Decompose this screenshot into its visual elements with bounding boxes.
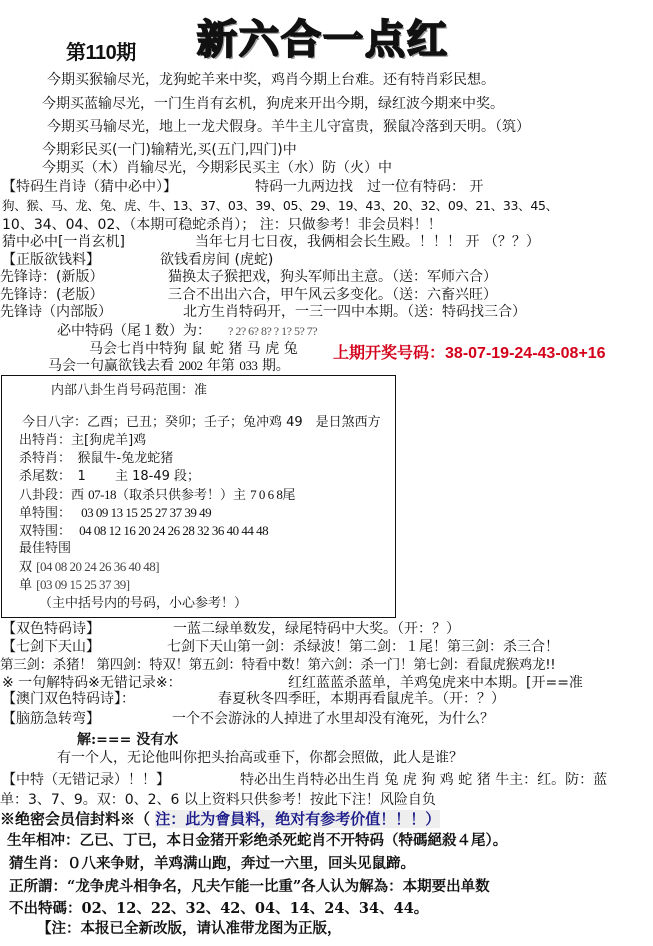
member-footer: 【注：本报已全新改版，请认准带龙图为正版， [37,920,342,938]
bagua-shawei-main: 主 18-49 段； [115,468,200,485]
best-even-label: 双 [19,560,32,575]
bagua-chu: 出特肖：主[狗虎羊]鸡 [19,432,146,449]
mahui-text: 年第 [207,358,235,374]
mahui-year: 2002 [178,358,202,373]
odd-range: 单特围： 03 09 13 15 25 27 37 39 49 [19,504,211,522]
section-text: 第三剑：杀猪！ 第四剑：特双！第五剑：特看中数！第六剑：杀一门！第七剑：看鼠虎猴… [0,656,555,674]
section-text: 一个不会游泳的人掉进了水里却没有淹死，为什么？ [172,710,494,728]
odd-values: 03 09 13 15 25 27 37 39 49 [81,505,211,520]
poem-text: 特码一九两边找 过一位有特码： 开 [255,178,483,196]
pioneer-text: 三合不出出六合，甲午风云多变化。（送：六畜兴旺） [168,286,497,304]
member-line: 不出特碼：02、12、22、32、42、04、14、24、34、44。 [9,900,428,918]
poem-label: 【特码生肖诗（猜中必中）】 [2,178,177,196]
issue-number: 第110期 [66,36,136,65]
intro-line: 今期买（木）肖输尽光，今期彩民买主（水）防（火）中 [42,159,392,177]
member-line: 猜生肖：０八来争财，羊鸡满山跑，奔过一六里，回头见鼠蹄。 [9,855,415,873]
pioneer-text: 北方生肖特码开，一三一四中本期。（送：特码找三合） [183,303,526,321]
member-label: ※绝密会员信封料※（ [0,810,150,828]
section-label: 【澳门双色特码诗】： [2,690,135,708]
best-odd: 单 [03 09 15 25 37 39] [19,576,130,594]
bagua-label: 八卦段：西 [19,488,84,503]
even-range: 双特围： 04 08 12 16 20 24 26 28 32 36 40 44… [19,522,268,540]
best-even: 双 [04 08 20 24 26 36 40 48] [19,558,159,576]
member-line: 生年相冲：乙已、丁已，本日金猪开彩绝杀死蛇肖不开特码（特碼絕殺４尾）。 [7,832,507,850]
bagua-tail: 7 0 6 8 [250,487,282,502]
last-draw: 上期开奖号码：38-07-19-24-43-08+16 [333,345,606,363]
last-draw-numbers: 38-07-19-24-43-08+16 [445,345,606,362]
yixiao-text: 当年七月七日夜，我俩相会长生殿。！！！ 开 （？？） [195,233,540,251]
bagua-end: 尾 [282,488,295,503]
pioneer-label: 先锋诗：(新版） [0,268,103,286]
intro-line: 今期买马输尽光，地上一龙犬假身。羊牛主儿守富贵，猴鼠冷落到天明。（筑） [47,118,530,136]
tail-label: 必中特码（尾１数）为： [57,322,211,340]
member-note: 注：此为會員料，绝对有参考价值！！！） [155,810,440,828]
last-draw-label: 上期开奖号码： [333,345,445,362]
zhongte-label: 【中特（无错记录）！！】 [2,771,170,789]
best-odd-values: [03 09 15 25 37 39] [36,577,129,592]
tail-values: ? 2? 6? 8? ? 1? 5? 7? [228,322,317,340]
intro-line: 今期彩民买(一门)输精光,买(五门,四门)中 [42,141,297,159]
poem-line3: 10、34、04、02、（本期可稳蛇杀肖）； 注：只做参考！非会员料！！ [2,216,442,234]
odd-label: 单特围： [19,506,71,521]
pioneer-label: 先锋诗（内部版） [0,303,112,321]
mahui-sentence: 马会一句赢欲钱去看 2002 年第 033 期。 [48,357,290,375]
bagua-bazi: 今日八字：乙酉；已丑；癸卯；壬子；兔冲鸡 49 是日煞西方 [22,414,381,431]
member-section: ※绝密会员信封料※（ 注：此为會員料，绝对有参考价值！！！） [0,810,440,828]
bagua-segment: 八卦段：西 07-18（取杀只供参考！）主 7 0 6 8尾 [19,486,295,504]
bagua-range: 07-18 [88,487,116,502]
yuqian-text: 欲钱看房间 (虎蛇) [160,251,273,269]
section-text: 七剑下天山第一剑：杀绿波！第二剑：１尾！第三剑：杀三合！ [167,638,559,656]
pioneer-text: 猫换太子猴把戏，狗头军师出主意。（送：军师六合） [168,268,497,286]
member-line: 正所謂：“龙争虎斗相争名，凡夫乍能一比重”各人认为解為：本期要出单数 [9,878,490,896]
mahui-text: 马会一句赢欲钱去看 [48,358,174,374]
section-text: 春夏秋冬四季旺，本期再看鼠虎羊。（开：？） [218,690,505,708]
intro-line: 今期买蓝输尽光，一门生肖有玄机，狗虎来开出今期，绿红波今期来中奖。 [42,95,504,113]
zhongte-text: 特必出生肖特必出生肖 兔 虎 狗 鸡 蛇 猪 牛主：红。防：蓝 [240,771,607,789]
best-even-values: [04 08 20 24 26 36 40 48] [36,559,159,574]
yuqian-label: 【正版欲钱料】 [2,251,100,269]
intro-line: 今期买猴输尽光，龙狗蛇羊来中奖，鸡肖今期上台难。还有特肖彩民想。 [47,71,495,89]
newspaper-title: 新六合一点红 [197,16,449,64]
yixiao-label: 猜中必中[一肖玄机] [2,233,125,251]
bagua-note: （主中括号内的号码，小心参考！） [39,595,247,612]
section-label: 【脑筋急转弯】 [2,710,100,728]
even-values: 04 08 12 16 20 24 26 28 32 36 40 44 48 [79,523,268,538]
riddle-answer: 解:=== 没有水 [77,731,178,749]
riddle-question: 有一个人，无论他叫你把头抬高或垂下，你都会照做，此人是谁？ [57,749,463,767]
poem-line2: 狗、猴、马、龙、兔、虎、牛、13、37、03、39、05、29、19、43、20… [2,197,558,215]
bagua-box: 内部八卦生肖号码范围：准 今日八字：乙酉；已丑；癸卯；壬子；兔冲鸡 49 是日煞… [1,375,396,618]
bagua-title: 内部八卦生肖号码范围：准 [51,382,207,399]
bagua-note: （取杀只供参考！）主 [116,488,246,503]
bagua-shawei: 杀尾数： 1 [19,468,86,485]
best-odd-label: 单 [19,578,32,593]
bagua-sha: 杀特肖： 猴鼠牛-兔龙蛇猪 [19,450,173,467]
even-label: 双特围： [19,524,71,539]
mahui-text: 期。 [262,358,290,374]
mahui-seven: 马会七肖中特狗 鼠 蛇 猪 马 虎 兔 [89,340,298,358]
section-text: 一蓝二绿单数发，绿尾特码中大奖。（开：？） [173,620,460,638]
mahui-period: 033 [239,358,257,373]
best-label: 最佳特围 [19,540,71,557]
pioneer-label: 先锋诗：(老版） [0,286,103,304]
section-label: 【七剑下天山】 [2,638,100,656]
section-label: 【双色特码诗】 [2,620,100,638]
zhongte-line2: 单：3、7、9。双：0、2、6 以上资料只供参考！按此下注！风险自负 [0,791,436,809]
